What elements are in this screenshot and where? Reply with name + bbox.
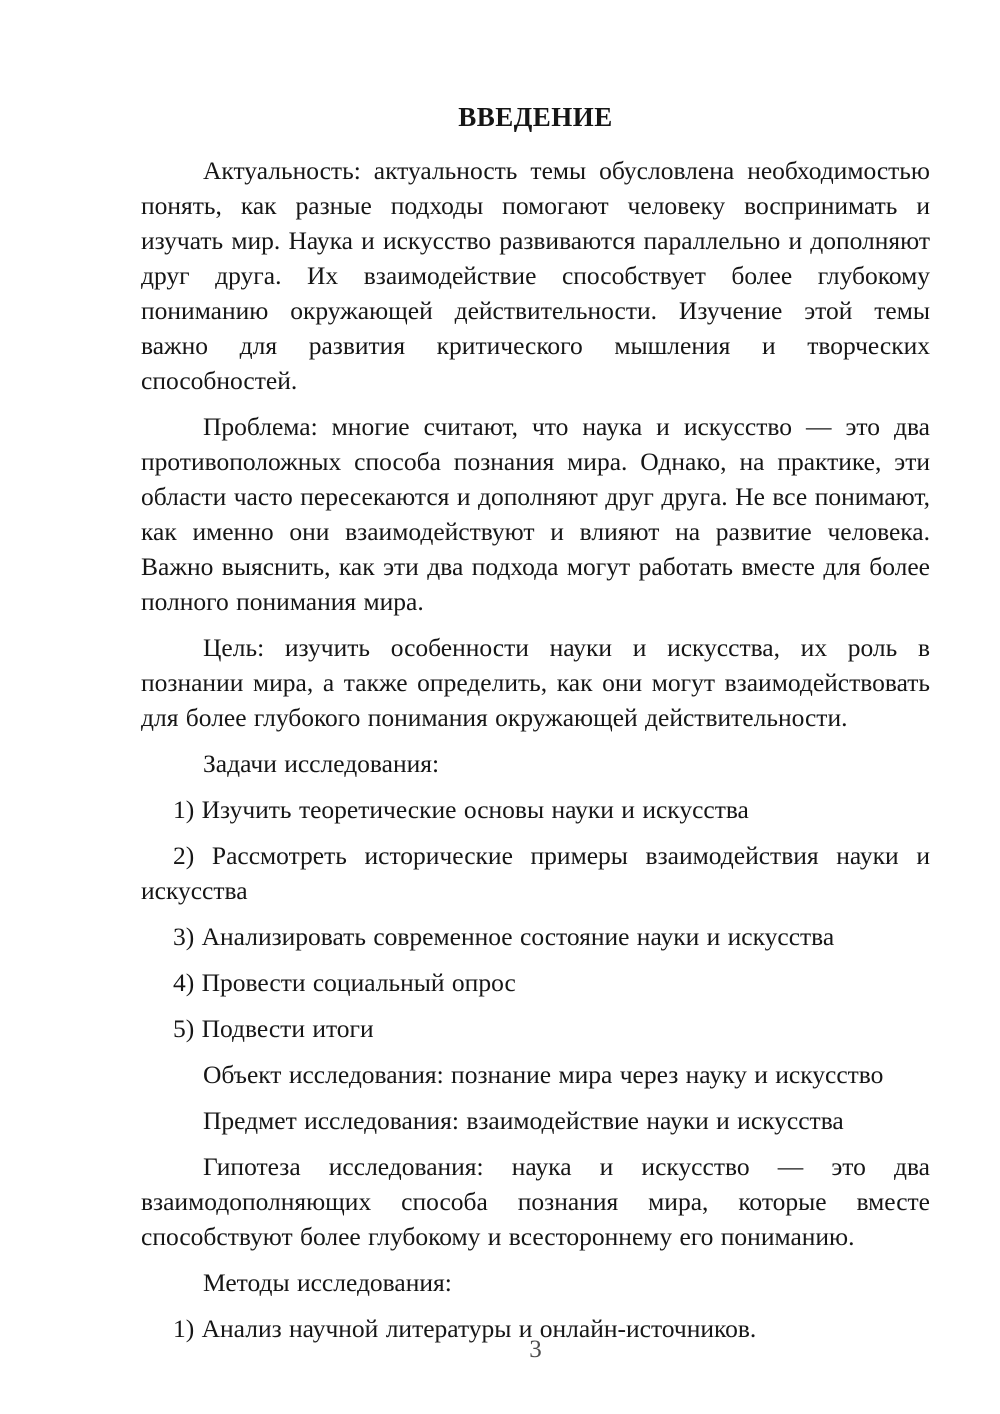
- list-item: 1) Изучить теоретические основы науки и …: [141, 792, 930, 827]
- paragraph: Актуальность: актуальность темы обусловл…: [141, 153, 930, 398]
- page-number: 3: [141, 1335, 930, 1365]
- paragraph: Объект исследования: познание мира через…: [141, 1057, 930, 1092]
- list-item: 2) Рассмотреть исторические примеры взаи…: [141, 838, 930, 908]
- list-item: 3) Анализировать современное состояние н…: [141, 919, 930, 954]
- paragraph: Цель: изучить особенности науки и искусс…: [141, 630, 930, 735]
- document-page: ВВЕДЕНИЕ Актуальность: актуальность темы…: [0, 0, 1000, 1414]
- list-item: 5) Подвести итоги: [141, 1011, 930, 1046]
- list-item: 4) Провести социальный опрос: [141, 965, 930, 1000]
- document-content: ВВЕДЕНИЕ Актуальность: актуальность темы…: [141, 100, 930, 1357]
- paragraph: Предмет исследования: взаимодействие нау…: [141, 1103, 930, 1138]
- paragraph: Проблема: многие считают, что наука и ис…: [141, 409, 930, 619]
- paragraph: Методы исследования:: [141, 1265, 930, 1300]
- page-title: ВВЕДЕНИЕ: [141, 100, 930, 135]
- paragraph: Гипотеза исследования: наука и искусство…: [141, 1149, 930, 1254]
- paragraph: Задачи исследования:: [141, 746, 930, 781]
- paragraph-container: Актуальность: актуальность темы обусловл…: [141, 153, 930, 1346]
